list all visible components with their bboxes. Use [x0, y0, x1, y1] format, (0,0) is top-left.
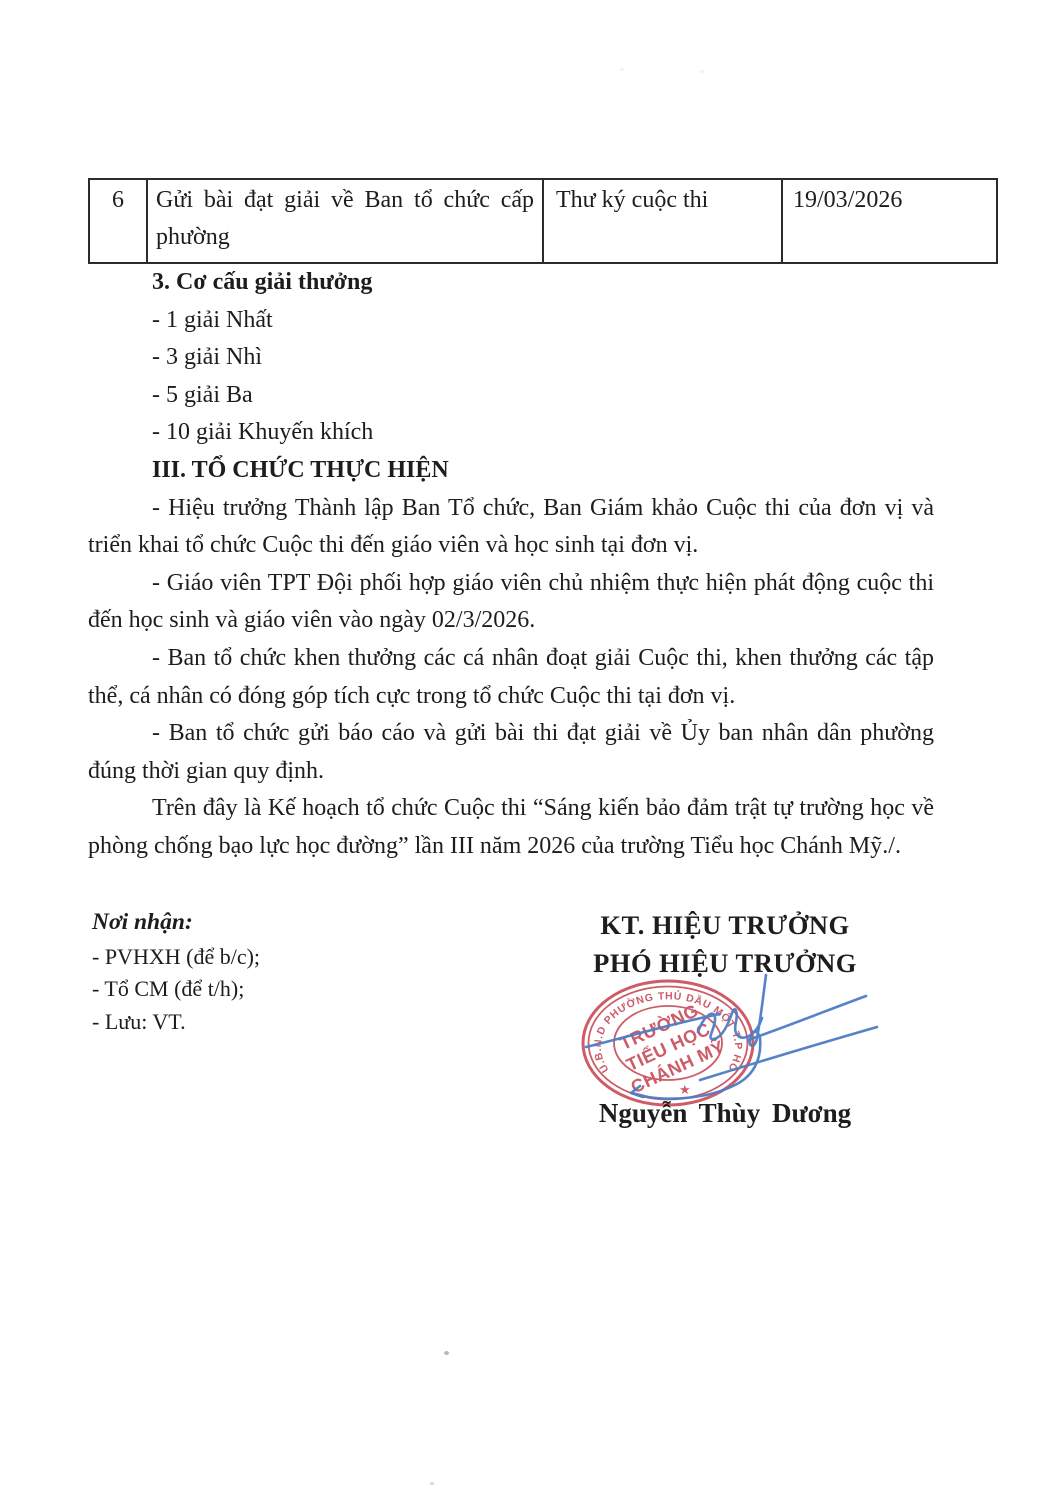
signer-name: Nguyễn Thùy Dương: [563, 1098, 887, 1129]
stamp-center-line2: TIỂU HỌC: [623, 1018, 713, 1075]
scan-speck: [700, 70, 704, 73]
prize-item: - 10 giải Khuyến khích: [88, 414, 934, 452]
prize-item: - 3 giải Nhì: [88, 339, 934, 377]
task-cell: Gửi bài đạt giải về Ban tổ chức cấp phườ…: [147, 179, 543, 263]
handwritten-signature: [586, 975, 877, 1099]
body-paragraph: - Hiệu trưởng Thành lập Ban Tổ chức, Ban…: [88, 490, 934, 565]
prize-item: - 5 giải Ba: [88, 377, 934, 415]
signer-title-line2: PHÓ HIỆU TRƯỞNG: [563, 944, 887, 982]
recipients-block: Nơi nhận: - PVHXH (để b/c); - Tổ CM (để …: [92, 906, 260, 1038]
seal-and-signature-zone: U.B.N.D PHƯỜNG THỦ DẦU MỘT T.P HỒ CHÍ MI…: [548, 952, 990, 1167]
seal-svg: U.B.N.D PHƯỜNG THỦ DẦU MỘT T.P HỒ CHÍ MI…: [548, 952, 990, 1167]
scan-speck: [430, 1482, 434, 1485]
star-icon: ★: [679, 1082, 691, 1097]
signer-title-block: KT. HIỆU TRƯỞNG PHÓ HIỆU TRƯỞNG: [563, 906, 887, 982]
prize-structure-heading: 3. Cơ cấu giải thưởng: [88, 264, 934, 302]
body-paragraph: - Ban tổ chức khen thưởng các cá nhân đo…: [88, 640, 934, 715]
recipients-heading: Nơi nhận:: [92, 906, 260, 939]
recipient-item: - Tổ CM (để t/h);: [92, 973, 260, 1006]
stamp-center-line3: CHÁNH MỸ: [627, 1036, 727, 1098]
prize-item: - 1 giải Nhất: [88, 302, 934, 340]
row-number-cell: 6: [89, 179, 147, 263]
recipient-item: - Lưu: VT.: [92, 1006, 260, 1039]
stamp-center-line1: TRƯỜNG: [616, 999, 701, 1054]
table-row: 6 Gửi bài đạt giải về Ban tổ chức cấp ph…: [89, 179, 997, 263]
recipient-item: - PVHXH (để b/c);: [92, 941, 260, 974]
implementation-heading: III. TỔ CHỨC THỰC HIỆN: [88, 452, 934, 490]
document-body: 3. Cơ cấu giải thưởng - 1 giải Nhất - 3 …: [88, 264, 934, 866]
owner-cell: Thư ký cuộc thi: [543, 179, 782, 263]
schedule-table: 6 Gửi bài đạt giải về Ban tổ chức cấp ph…: [88, 178, 998, 264]
date-cell: 19/03/2026: [782, 179, 997, 263]
body-paragraph: - Giáo viên TPT Đội phối hợp giáo viên c…: [88, 565, 934, 640]
body-paragraph: - Ban tổ chức gửi báo cáo và gửi bài thi…: [88, 715, 934, 790]
closing-paragraph: Trên đây là Kế hoạch tổ chức Cuộc thi “S…: [88, 790, 934, 865]
signer-title-line1: KT. HIỆU TRƯỞNG: [563, 906, 887, 944]
document-page: 6 Gửi bài đạt giải về Ban tổ chức cấp ph…: [0, 0, 1053, 1500]
scan-speck: [620, 68, 624, 71]
scan-speck: [444, 1351, 449, 1355]
